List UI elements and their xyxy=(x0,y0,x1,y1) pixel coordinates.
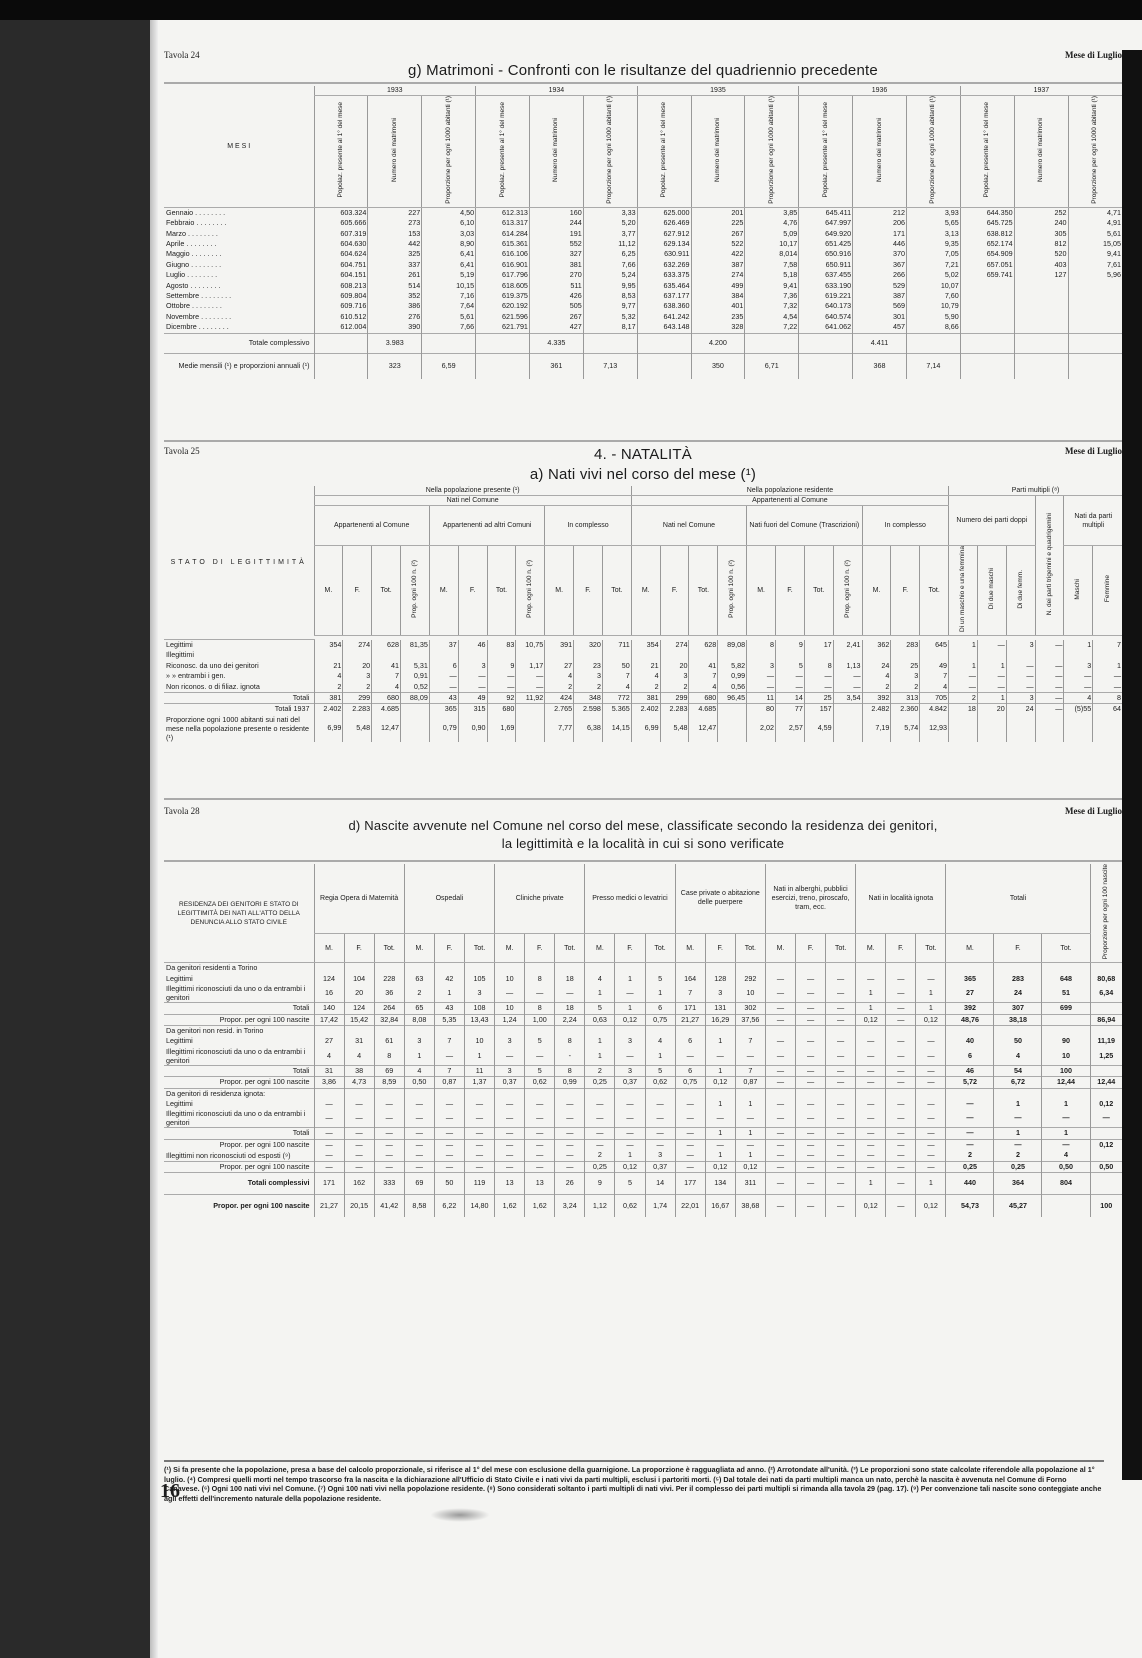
row-label: Da genitori residenti a Torino xyxy=(164,963,314,974)
cell: 80 xyxy=(747,704,776,715)
row-label: Legittimi xyxy=(164,640,314,651)
cell: 426 xyxy=(529,291,583,301)
cell: — xyxy=(826,1195,856,1217)
cell xyxy=(314,650,343,660)
table-row: Illegittimi riconosciuti da uno o da ent… xyxy=(164,1047,1122,1066)
cell xyxy=(856,963,886,974)
cell: 605.666 xyxy=(314,218,368,228)
cell: — xyxy=(495,1109,525,1128)
natality-table: STATO DI LEGITTIMITÀNella popolazione pr… xyxy=(164,486,1122,742)
cell: — xyxy=(916,1161,946,1172)
cell xyxy=(1090,1065,1122,1076)
cell: 705 xyxy=(920,693,949,704)
row-label: Totali xyxy=(164,1128,314,1139)
marriages-header: Tavola 24 Mese di Luglio g) Matrimoni - … xyxy=(164,50,1122,80)
cell: — xyxy=(856,1065,886,1076)
cell: 529 xyxy=(853,281,907,291)
cell xyxy=(735,963,765,974)
footnote: (⁴) Compresi quelli morti nel tempo tras… xyxy=(187,1475,713,1484)
cell: — xyxy=(796,1128,826,1139)
cell: — xyxy=(1035,640,1064,651)
cell: — xyxy=(796,1173,826,1195)
cell: 348 xyxy=(574,693,603,704)
cell: 427 xyxy=(529,322,583,333)
column-header: Di un maschio e una femmina xyxy=(949,546,978,636)
cell: 8,17 xyxy=(583,322,637,333)
cell: 1 xyxy=(705,1036,735,1046)
cell: — xyxy=(344,1109,374,1128)
cell: 227 xyxy=(368,207,422,218)
cell xyxy=(718,650,747,660)
column-header: Popolaz. presente al 1° del mese xyxy=(960,96,1014,208)
cell: 9 xyxy=(487,661,516,671)
cell: 392 xyxy=(946,1003,994,1014)
cell xyxy=(404,1088,434,1099)
column-header: M. xyxy=(747,546,776,636)
cell: — xyxy=(1006,671,1035,681)
cell: 6,34 xyxy=(1090,984,1122,1003)
cell: 2.283 xyxy=(343,704,372,715)
cell: 124 xyxy=(344,1003,374,1014)
cell: — xyxy=(1093,671,1122,681)
cell: 4 xyxy=(645,1036,675,1046)
month-label: Maggio . . . . . . . . xyxy=(164,249,314,259)
cell: 381 xyxy=(529,260,583,270)
cell: 23 xyxy=(574,661,603,671)
cell: 54,73 xyxy=(946,1195,994,1217)
cell: 5,74 xyxy=(891,715,920,742)
cell: 7 xyxy=(920,671,949,681)
cell xyxy=(374,1088,404,1099)
cell: 3,24 xyxy=(555,1195,585,1217)
cell: 10,17 xyxy=(745,239,799,249)
column-header: Popolaz. presente al 1° del mese xyxy=(476,96,530,208)
cell: 14 xyxy=(645,1173,675,1195)
cell xyxy=(645,1026,675,1037)
cell: 5,48 xyxy=(343,715,372,742)
year-header: 1935 xyxy=(637,86,799,96)
cell xyxy=(1014,281,1068,291)
row-label: Proporzione ogni 1000 abitanti sui nati … xyxy=(164,715,314,742)
cell: 1 xyxy=(977,693,1006,704)
cell: — xyxy=(886,1099,916,1109)
cell xyxy=(1068,301,1122,311)
cell: — xyxy=(856,1047,886,1066)
cell xyxy=(1035,715,1064,742)
cell: 270 xyxy=(529,270,583,280)
cell: 283 xyxy=(994,974,1042,984)
cell: 7,22 xyxy=(745,322,799,333)
cell: 370 xyxy=(853,249,907,259)
cell: 5,82 xyxy=(718,661,747,671)
column-group-header: Appartenenti al Comune xyxy=(314,506,429,546)
cell xyxy=(960,291,1014,301)
cell: 4,50 xyxy=(422,207,476,218)
cell: 625.000 xyxy=(637,207,691,218)
cell: 0,99 xyxy=(555,1077,585,1088)
cell: 604.630 xyxy=(314,239,368,249)
cell: — xyxy=(495,1128,525,1139)
cell: 80,68 xyxy=(1090,974,1122,984)
cell: — xyxy=(434,1161,464,1172)
cell: — xyxy=(555,984,585,1003)
row-label: Propor. per ogni 100 nascite xyxy=(164,1139,314,1150)
cell: — xyxy=(765,1195,795,1217)
cell: 5,48 xyxy=(660,715,689,742)
cell: 3.983 xyxy=(368,333,422,353)
cell: — xyxy=(886,1065,916,1076)
cell: — xyxy=(675,1161,705,1172)
cell xyxy=(1006,650,1035,660)
row-header: M E S I xyxy=(164,86,314,207)
cell: — xyxy=(886,1003,916,1014)
cell: 240 xyxy=(1014,218,1068,228)
cell xyxy=(1068,291,1122,301)
cell: — xyxy=(585,1128,615,1139)
cell: 5,65 xyxy=(906,218,960,228)
table-row: Legittimi1241042286342105108184151641282… xyxy=(164,974,1122,984)
cell: — xyxy=(1064,671,1093,681)
cell: 1,17 xyxy=(516,661,545,671)
cell: 1 xyxy=(916,1173,946,1195)
cell xyxy=(525,1026,555,1037)
cell: — xyxy=(886,1139,916,1150)
cell: 3 xyxy=(495,1036,525,1046)
cell xyxy=(1042,1026,1090,1037)
cell: 89,08 xyxy=(718,640,747,651)
cell: 604.751 xyxy=(314,260,368,270)
cell: 11,19 xyxy=(1090,1036,1122,1046)
row-label: Legittimi xyxy=(164,1099,314,1109)
cell xyxy=(1090,1173,1122,1195)
cell: 3,77 xyxy=(583,229,637,239)
cell: 0,12 xyxy=(1090,1099,1122,1109)
cell: — xyxy=(555,1109,585,1128)
cell: — xyxy=(434,1139,464,1150)
cell: 24 xyxy=(862,661,891,671)
cell: — xyxy=(555,1161,585,1172)
cell xyxy=(1064,650,1093,660)
cell xyxy=(314,1088,344,1099)
cell: 20 xyxy=(343,661,372,671)
cell: 25 xyxy=(891,661,920,671)
cell: — xyxy=(464,1109,494,1128)
cell xyxy=(1014,312,1068,322)
cell: 276 xyxy=(368,312,422,322)
cell: 6,10 xyxy=(422,218,476,228)
cell: — xyxy=(856,1077,886,1088)
column-group-header: Nati in alberghi, pubblici esercizi, tre… xyxy=(765,864,855,933)
table-row: Propor. per ogni 100 nascite17,4215,4232… xyxy=(164,1014,1122,1025)
cell: 569 xyxy=(853,301,907,311)
cell xyxy=(1042,1088,1090,1099)
cell: 354 xyxy=(314,640,343,651)
cell: 680 xyxy=(487,704,516,715)
cell: — xyxy=(994,1139,1042,1150)
cell xyxy=(1014,291,1068,301)
cell xyxy=(404,1026,434,1037)
cell: 4.411 xyxy=(853,333,907,353)
cell: 10,15 xyxy=(422,281,476,291)
cell: — xyxy=(946,1128,994,1139)
cell: — xyxy=(464,1139,494,1150)
cell: — xyxy=(977,640,1006,651)
cell: — xyxy=(525,984,555,1003)
cell: — xyxy=(747,671,776,681)
cell: 50 xyxy=(602,661,631,671)
column-header: Popolaz. presente al 1° del mese xyxy=(637,96,691,208)
cell: 10 xyxy=(464,1036,494,1046)
column-header: Tot. xyxy=(464,933,494,963)
cell: — xyxy=(344,1150,374,1161)
cell: — xyxy=(776,671,805,681)
cell xyxy=(314,1026,344,1037)
row-label: Da genitori di residenza ignota: xyxy=(164,1088,314,1099)
cell: 362 xyxy=(862,640,891,651)
cell: 424 xyxy=(545,693,574,704)
cell xyxy=(464,1026,494,1037)
cell: 457 xyxy=(853,322,907,333)
column-group-header: Totali xyxy=(946,864,1090,933)
cell: 680 xyxy=(689,693,718,704)
column-header: M. xyxy=(946,933,994,963)
cell: 7 xyxy=(372,671,401,681)
cell: 41,42 xyxy=(374,1195,404,1217)
cell: 9,77 xyxy=(583,301,637,311)
table-row: Riconosc. da uno dei genitori2120415,316… xyxy=(164,661,1122,671)
cell: 325 xyxy=(368,249,422,259)
table-row: » » entrambi i gen.4370,91————4374370,99… xyxy=(164,671,1122,681)
cell: 171 xyxy=(675,1003,705,1014)
cell xyxy=(862,650,891,660)
cell xyxy=(374,963,404,974)
column-header: Prop. ogni 100 n. (²) xyxy=(833,546,862,636)
page-spine-shadow xyxy=(150,20,158,1658)
cell: 659.741 xyxy=(960,270,1014,280)
cell: — xyxy=(434,1109,464,1128)
cell: 0,75 xyxy=(675,1077,705,1088)
cell: 43 xyxy=(434,1003,464,1014)
cell: 5,20 xyxy=(583,218,637,228)
cell xyxy=(804,650,833,660)
table-row: Propor. per ogni 100 nascite3,864,738,59… xyxy=(164,1077,1122,1088)
cell: 4 xyxy=(314,671,343,681)
cell: 5,96 xyxy=(1068,270,1122,280)
column-header: Tot. xyxy=(487,546,516,636)
cell: 16,67 xyxy=(705,1195,735,1217)
cell: 3,13 xyxy=(906,229,960,239)
cell xyxy=(525,1088,555,1099)
cell: 499 xyxy=(691,281,745,291)
cell: 368 xyxy=(853,353,907,379)
marriages-table: M E S I19331934193519361937Popolaz. pres… xyxy=(164,86,1122,379)
cell: 0,56 xyxy=(718,682,747,693)
cell: 5,61 xyxy=(422,312,476,322)
cell: 1,24 xyxy=(495,1014,525,1025)
cell: 4,54 xyxy=(745,312,799,322)
column-header: Tot. xyxy=(735,933,765,963)
cell: — xyxy=(886,974,916,984)
row-label: Non riconos. o di filiaz. ignota xyxy=(164,682,314,693)
cell: 301 xyxy=(853,312,907,322)
cell: 6,99 xyxy=(631,715,660,742)
cell: — xyxy=(765,1109,795,1128)
column-header: M. xyxy=(495,933,525,963)
cell xyxy=(856,1026,886,1037)
cell: 350 xyxy=(691,353,745,379)
cell: 635.464 xyxy=(637,281,691,291)
cell: 386 xyxy=(368,301,422,311)
cell: 0,50 xyxy=(1042,1161,1090,1172)
column-group-header: Appartenenti ad altri Comuni xyxy=(429,506,544,546)
cell: 0,50 xyxy=(1090,1161,1122,1172)
cell: 1,37 xyxy=(464,1077,494,1088)
column-header: Proporzione per ogni 1000 abitanti (¹) xyxy=(1068,96,1122,208)
cell xyxy=(960,301,1014,311)
cell: 8,59 xyxy=(374,1077,404,1088)
cell: 6,59 xyxy=(422,353,476,379)
column-header: F. xyxy=(891,546,920,636)
cell xyxy=(916,963,946,974)
table-row: Totali38129968088,0943499211,92424348772… xyxy=(164,693,1122,704)
row-label: Da genitori non resid. in Torino xyxy=(164,1026,314,1037)
cell: 5 xyxy=(615,1173,645,1195)
cell: — xyxy=(675,1099,705,1109)
cell: 21 xyxy=(631,661,660,671)
group-header: Nella popolazione residente xyxy=(631,486,948,496)
cell: 274 xyxy=(691,270,745,280)
cell: — xyxy=(525,1139,555,1150)
table-row: Maggio . . . . . . . .604.6243256,41616.… xyxy=(164,249,1122,259)
cell: 252 xyxy=(1014,207,1068,218)
cell: 41 xyxy=(372,661,401,671)
cell: — xyxy=(555,1139,585,1150)
cell: — xyxy=(826,1003,856,1014)
cell: 261 xyxy=(368,270,422,280)
cell: 4 xyxy=(920,682,949,693)
cell: — xyxy=(429,682,458,693)
cell: 31 xyxy=(344,1036,374,1046)
divider xyxy=(164,82,1122,84)
cell: 5,72 xyxy=(946,1077,994,1088)
cell: 11,92 xyxy=(516,693,545,704)
month-label: Agosto . . . . . . . . xyxy=(164,281,314,291)
cell: 327 xyxy=(529,249,583,259)
cell: 171 xyxy=(853,229,907,239)
cell: 7 xyxy=(735,1065,765,1076)
cell: — xyxy=(916,974,946,984)
cell: 630.911 xyxy=(637,249,691,259)
cell: 8 xyxy=(804,661,833,671)
cell xyxy=(372,650,401,660)
scan-top-border xyxy=(0,0,1142,20)
cell xyxy=(960,312,1014,322)
cell xyxy=(833,704,862,715)
cell: 3,85 xyxy=(745,207,799,218)
column-header: M. xyxy=(862,546,891,636)
cell: 641.062 xyxy=(799,322,853,333)
cell: 0,12 xyxy=(705,1077,735,1088)
cell: 5,19 xyxy=(422,270,476,280)
cell: 337 xyxy=(368,260,422,270)
year-header: 1936 xyxy=(799,86,961,96)
cell: 10 xyxy=(1042,1047,1090,1066)
table-row: Gennaio . . . . . . . .603.3242274,50612… xyxy=(164,207,1122,218)
cell: — xyxy=(615,1109,645,1128)
column-header: F. xyxy=(434,933,464,963)
cell: 14 xyxy=(776,693,805,704)
cell: 48,76 xyxy=(946,1014,994,1025)
cell: 699 xyxy=(1042,1003,1090,1014)
footnote: (⁷) Ogni 100 nati vivi nella popolazione… xyxy=(318,1484,487,1493)
column-header: Di due maschi xyxy=(977,546,1006,636)
cell: 12,44 xyxy=(1042,1077,1090,1088)
table-row: Dicembre . . . . . . . .612.0043907,6662… xyxy=(164,322,1122,333)
cell: 387 xyxy=(853,291,907,301)
cell: 384 xyxy=(691,291,745,301)
row-label: Riconosc. da uno dei genitori xyxy=(164,661,314,671)
table-row: Marzo . . . . . . . .607.3191533,03614.2… xyxy=(164,229,1122,239)
cell: 7,60 xyxy=(906,291,960,301)
cell: 616.901 xyxy=(476,260,530,270)
cell xyxy=(585,1088,615,1099)
cell: 1 xyxy=(645,1047,675,1066)
cell: 772 xyxy=(602,693,631,704)
cell: 607.319 xyxy=(314,229,368,239)
cell: 367 xyxy=(853,260,907,270)
births-title-line2: la legittimità e la località in cui si s… xyxy=(164,836,1122,851)
cell: 1,25 xyxy=(1090,1047,1122,1066)
cell: 46 xyxy=(458,640,487,651)
cell: 2,41 xyxy=(833,640,862,651)
cell: 131 xyxy=(705,1003,735,1014)
cell: — xyxy=(776,682,805,693)
cell: 522 xyxy=(691,239,745,249)
cell: 638.360 xyxy=(637,301,691,311)
table-row: Proporzione ogni 1000 abitanti sui nati … xyxy=(164,715,1122,742)
cell: 2 xyxy=(660,682,689,693)
cell: 5,24 xyxy=(583,270,637,280)
cell: 0,52 xyxy=(401,682,430,693)
cell: 9 xyxy=(776,640,805,651)
cell: 3 xyxy=(705,984,735,1003)
row-label: Totali xyxy=(164,693,314,704)
cell: 10,07 xyxy=(906,281,960,291)
cell: 0,87 xyxy=(735,1077,765,1088)
cell: 4 xyxy=(585,974,615,984)
cell: 1,00 xyxy=(525,1014,555,1025)
cell: 274 xyxy=(660,640,689,651)
cell: 12,47 xyxy=(689,715,718,742)
cell xyxy=(949,650,978,660)
cell: 17,42 xyxy=(314,1014,344,1025)
cell xyxy=(977,650,1006,660)
cell: 637.177 xyxy=(637,291,691,301)
cell xyxy=(495,1088,525,1099)
cell: 1 xyxy=(916,984,946,1003)
column-group-header: Nati in località ignota xyxy=(856,864,946,933)
cell: 1 xyxy=(916,1003,946,1014)
cell: 12,47 xyxy=(372,715,401,742)
column-group-header: In complesso xyxy=(862,506,949,546)
table-row: Da genitori di residenza ignota: xyxy=(164,1088,1122,1099)
cell xyxy=(1068,322,1122,333)
cell: 2 xyxy=(946,1150,994,1161)
row-label: Legittimi xyxy=(164,974,314,984)
cell: 391 xyxy=(545,640,574,651)
cell: 3 xyxy=(464,984,494,1003)
table-row: Legittimi—————————————11———————110,12 xyxy=(164,1099,1122,1109)
